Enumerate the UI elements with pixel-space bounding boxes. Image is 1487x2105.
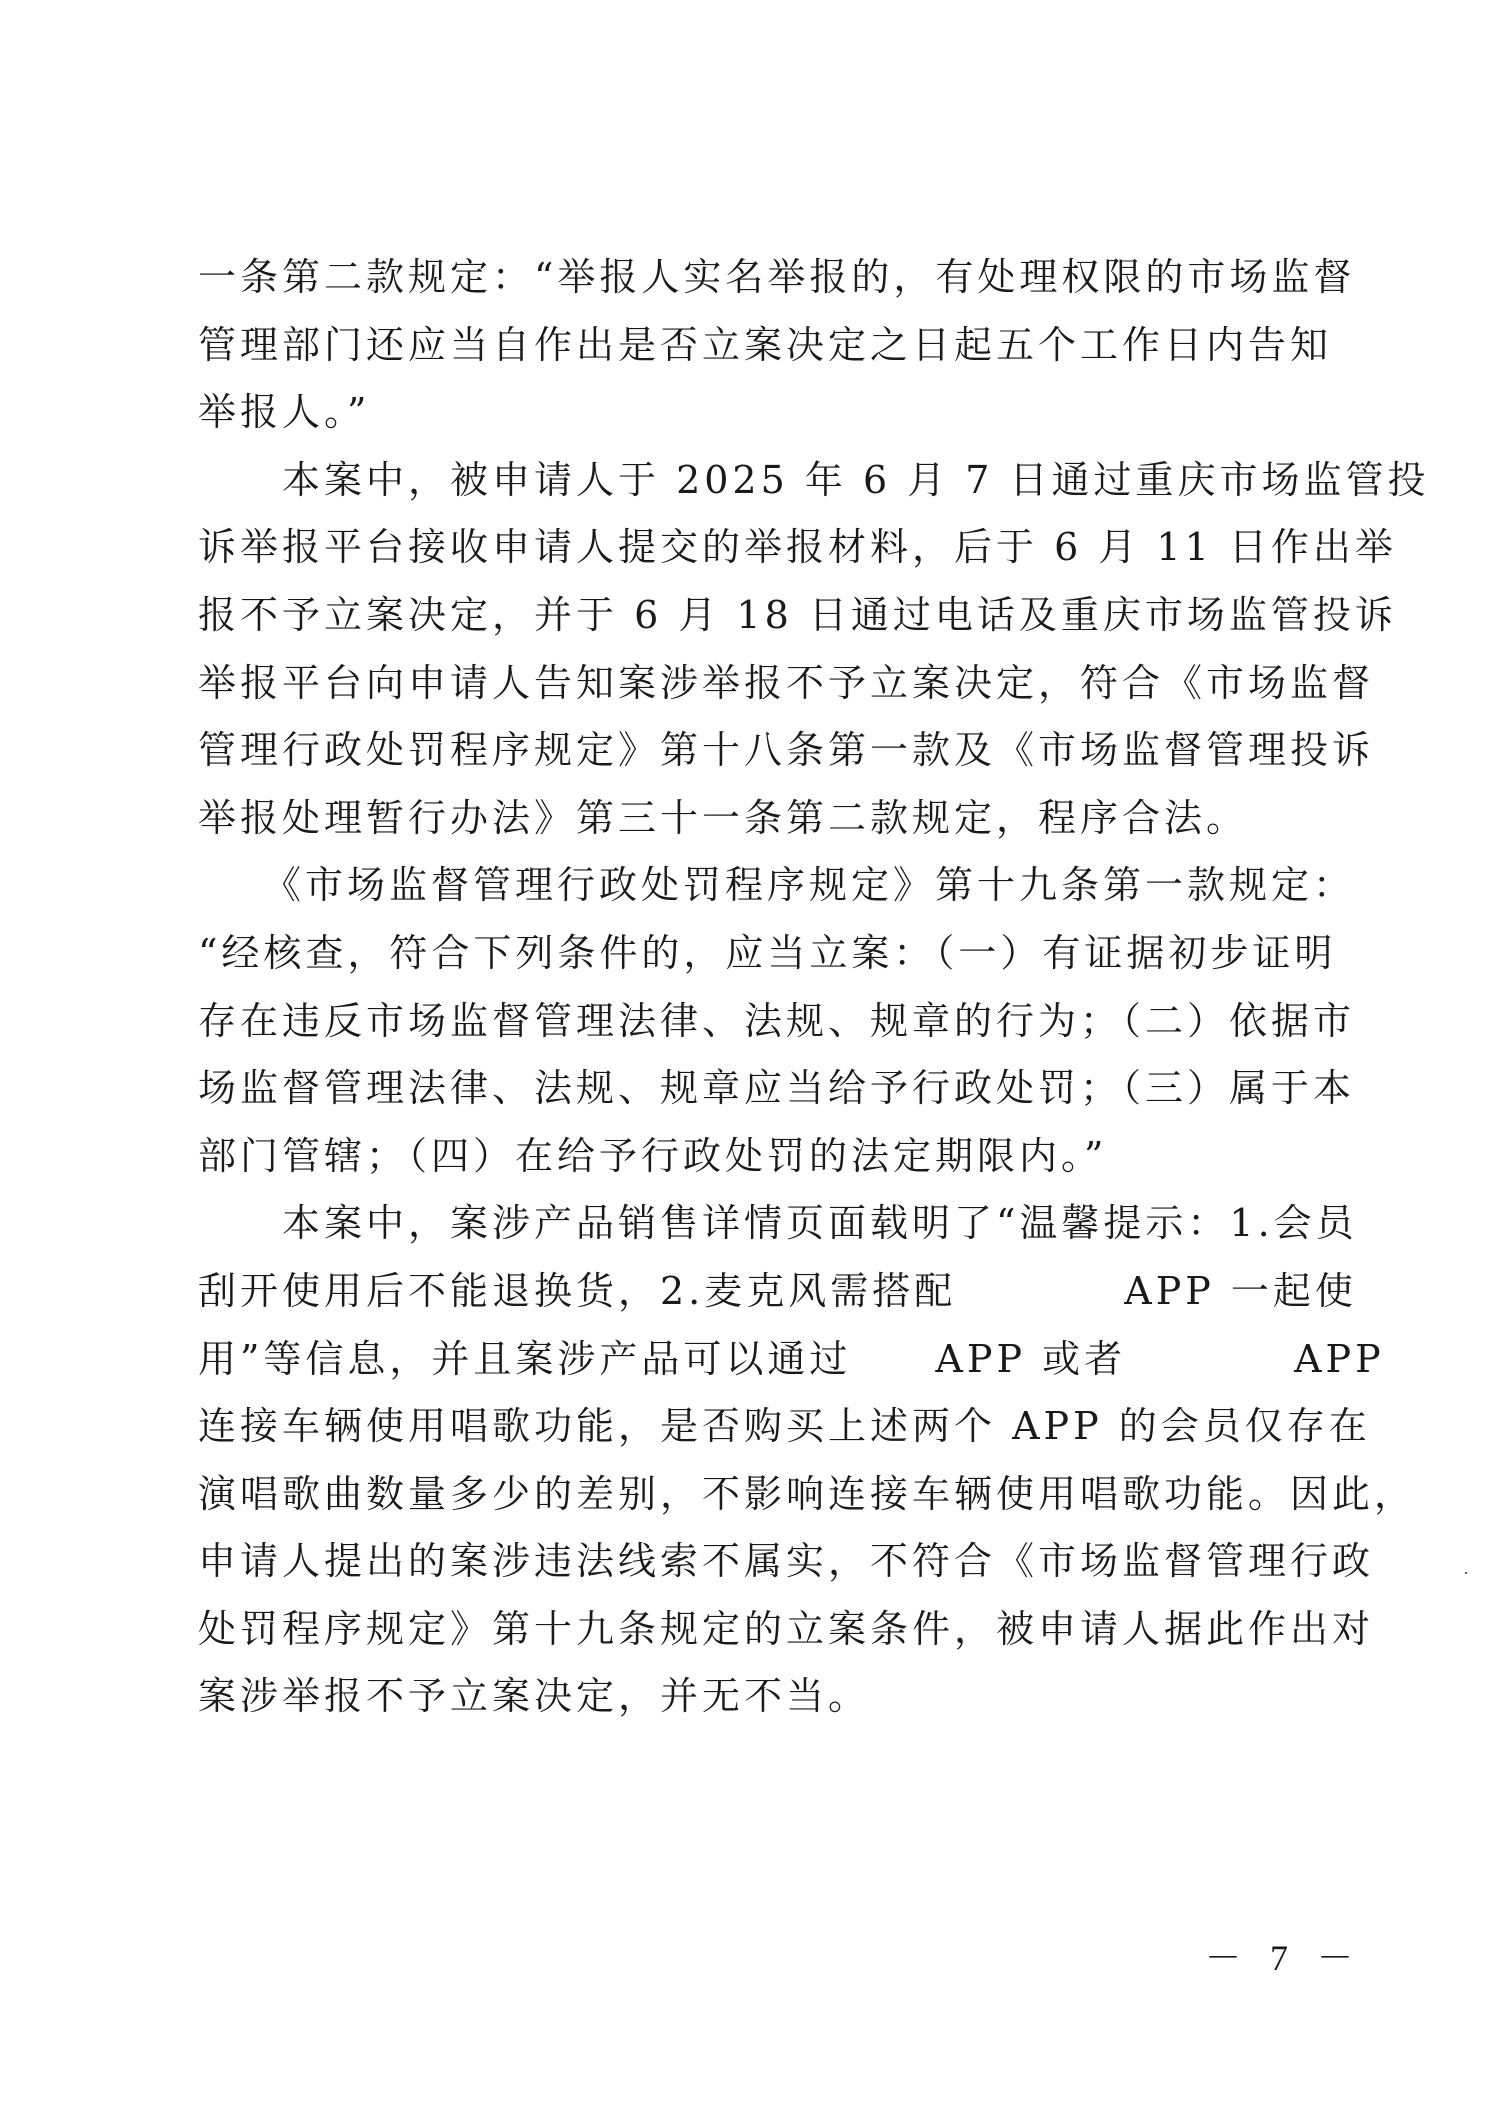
text-line: 部门管辖；（四）在给予行政处罚的法定期限内。” (198, 1123, 1308, 1191)
text-line: 刮开使用后不能退换货，2.麦克风需搭配 APP 一起使 (198, 1258, 1308, 1326)
text-line: 本案中，被申请人于 2025 年 6 月 7 日通过重庆市场监管投 (198, 447, 1308, 515)
text-line: 场监督管理法律、法规、规章应当给予行政处罚；（三）属于本 (198, 1055, 1308, 1123)
text-line: 案涉举报不予立案决定，并无不当。 (198, 1663, 1308, 1731)
text-line: 存在违反市场监督管理法律、法规、规章的行为；（二）依据市 (198, 988, 1308, 1056)
document-page: 一条第二款规定：“举报人实名举报的，有处理权限的市场监督 管理部门还应当自作出是… (0, 0, 1487, 2105)
text-line: 报不予立案决定，并于 6 月 18 日通过电话及重庆市场监管投诉 (198, 582, 1308, 650)
text-line: 举报平台向申请人告知案涉举报不予立案决定，符合《市场监督 (198, 650, 1308, 718)
text-line: 管理部门还应当自作出是否立案决定之日起五个工作日内告知 (198, 312, 1308, 380)
text-line: 连接车辆使用唱歌功能，是否购买上述两个 APP 的会员仅存在 (198, 1393, 1308, 1461)
scan-speck (1465, 1572, 1467, 1574)
text-line: 申请人提出的案涉违法线索不属实，不符合《市场监督管理行政 (198, 1528, 1308, 1596)
page-number: － 7 － (1205, 1930, 1363, 1981)
text-line: 管理行政处罚程序规定》第十八条第一款及《市场监督管理投诉 (198, 717, 1308, 785)
text-line: 处罚程序规定》第十九条规定的立案条件，被申请人据此作出对 (198, 1596, 1308, 1664)
body-text: 一条第二款规定：“举报人实名举报的，有处理权限的市场监督 管理部门还应当自作出是… (198, 244, 1308, 1731)
text-line: 《市场监督管理行政处罚程序规定》第十九条第一款规定： (198, 852, 1308, 920)
text-line: 演唱歌曲数量多少的差别，不影响连接车辆使用唱歌功能。因此， (198, 1461, 1308, 1529)
text-line: 举报处理暂行办法》第三十一条第二款规定，程序合法。 (198, 785, 1308, 853)
text-line: 用”等信息，并且案涉产品可以通过 APP 或者 APP (198, 1326, 1308, 1394)
text-line: 举报人。” (198, 379, 1308, 447)
text-line: “经核查，符合下列条件的，应当立案：（一）有证据初步证明 (198, 920, 1308, 988)
text-line: 诉举报平台接收申请人提交的举报材料，后于 6 月 11 日作出举 (198, 514, 1308, 582)
text-line: 本案中，案涉产品销售详情页面载明了“温馨提示：1.会员 (198, 1190, 1308, 1258)
text-line: 一条第二款规定：“举报人实名举报的，有处理权限的市场监督 (198, 244, 1308, 312)
